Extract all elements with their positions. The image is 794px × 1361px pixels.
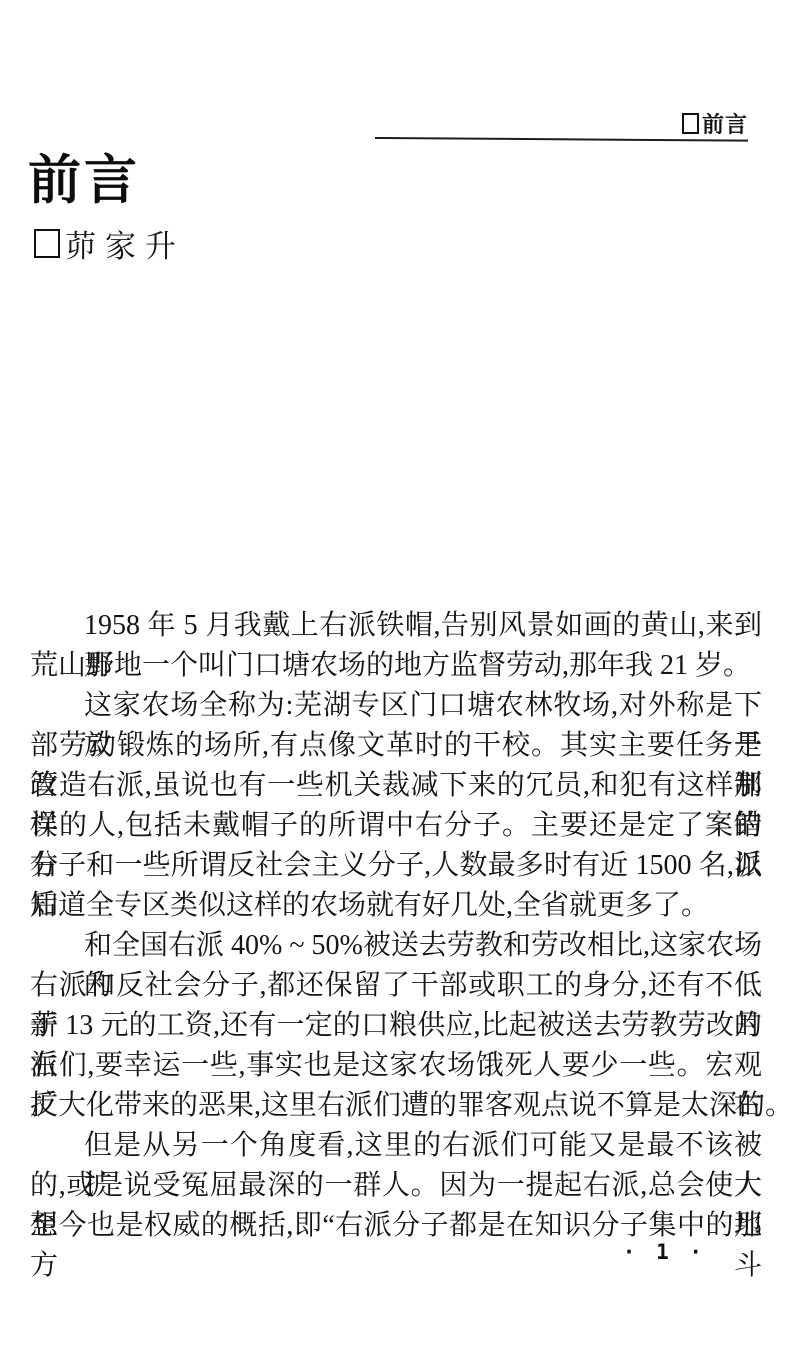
running-header: 前言 (682, 108, 748, 139)
paragraph: 1958 年 5 月我戴上右派铁帽,告别风景如画的黄山,来到那荒山野地一个叫门口… (30, 606, 762, 686)
text-line: 部劳动锻炼的场所,有点像文革时的干校。其实主要任务是管制 (30, 726, 762, 766)
page-number: · 1 · (623, 1240, 706, 1264)
text-line: 右派和反社会分子,都还保留了干部或职工的身分,还有不低于月 (30, 966, 762, 1006)
paragraph: 这家农场全称为:芜湖专区门口塘农林牧场,对外称是下放干部劳动锻炼的场所,有点像文… (30, 686, 762, 926)
square-box-icon (34, 229, 60, 258)
text-line: 和全国右派 40% ~ 50%被送去劳教和劳改相比,这家农场的 (30, 926, 762, 966)
book-page: 前言 前言 茆家升 1958 年 5 月我戴上右派铁帽,告别风景如画的黄山,来到… (0, 0, 794, 1361)
text-line: 分子和一些所谓反社会主义分子,人数最多时有近 1500 名,以后 (30, 846, 762, 886)
square-box-icon (682, 113, 699, 134)
paragraph: 和全国右派 40% ~ 50%被送去劳教和劳改相比,这家农场的右派和反社会分子,… (30, 926, 762, 1126)
body-text: 1958 年 5 月我戴上右派铁帽,告别风景如画的黄山,来到那荒山野地一个叫门口… (30, 606, 762, 1246)
text-line: 1958 年 5 月我戴上右派铁帽,告别风景如画的黄山,来到那 (30, 606, 762, 646)
text-line: 知道全专区类似这样的农场就有好几处,全省就更多了。 (30, 886, 762, 926)
author-name: 茆家升 (65, 221, 185, 266)
text-line: 的,或是说受冤屈最深的一群人。因为一提起右派,总会使人想那 (30, 1166, 762, 1206)
text-line: 但是从另一个角度看,这里的右派们可能又是最不该被扩大 (30, 1126, 762, 1166)
text-line: 派们,要幸运一些,事实也是这家农场饿死人要少一些。宏观反右 (30, 1046, 762, 1086)
paragraph: 但是从另一个角度看,这里的右派们可能又是最不该被扩大的,或是说受冤屈最深的一群人… (30, 1126, 762, 1246)
page-title: 前言 (28, 152, 140, 210)
text-line: 荒山野地一个叫门口塘农场的地方监督劳动,那年我 21 岁。 (30, 646, 762, 686)
running-header-label: 前言 (702, 108, 748, 139)
text-line: 误的人,包括未戴帽子的所谓中右分子。主要还是定了案的右派 (30, 806, 762, 846)
text-line: 扩大化带来的恶果,这里右派们遭的罪客观点说不算是太深的。 (30, 1086, 762, 1126)
text-line: 改造右派,虽说也有一些机关裁减下来的冗员,和犯有这样那样错 (30, 766, 762, 806)
text-line: 这家农场全称为:芜湖专区门口塘农林牧场,对外称是下放干 (30, 686, 762, 726)
byline: 茆家升 (34, 221, 185, 266)
text-line: 薪 13 元的工资,还有一定的口粮供应,比起被送去劳教劳改的右 (30, 1006, 762, 1046)
